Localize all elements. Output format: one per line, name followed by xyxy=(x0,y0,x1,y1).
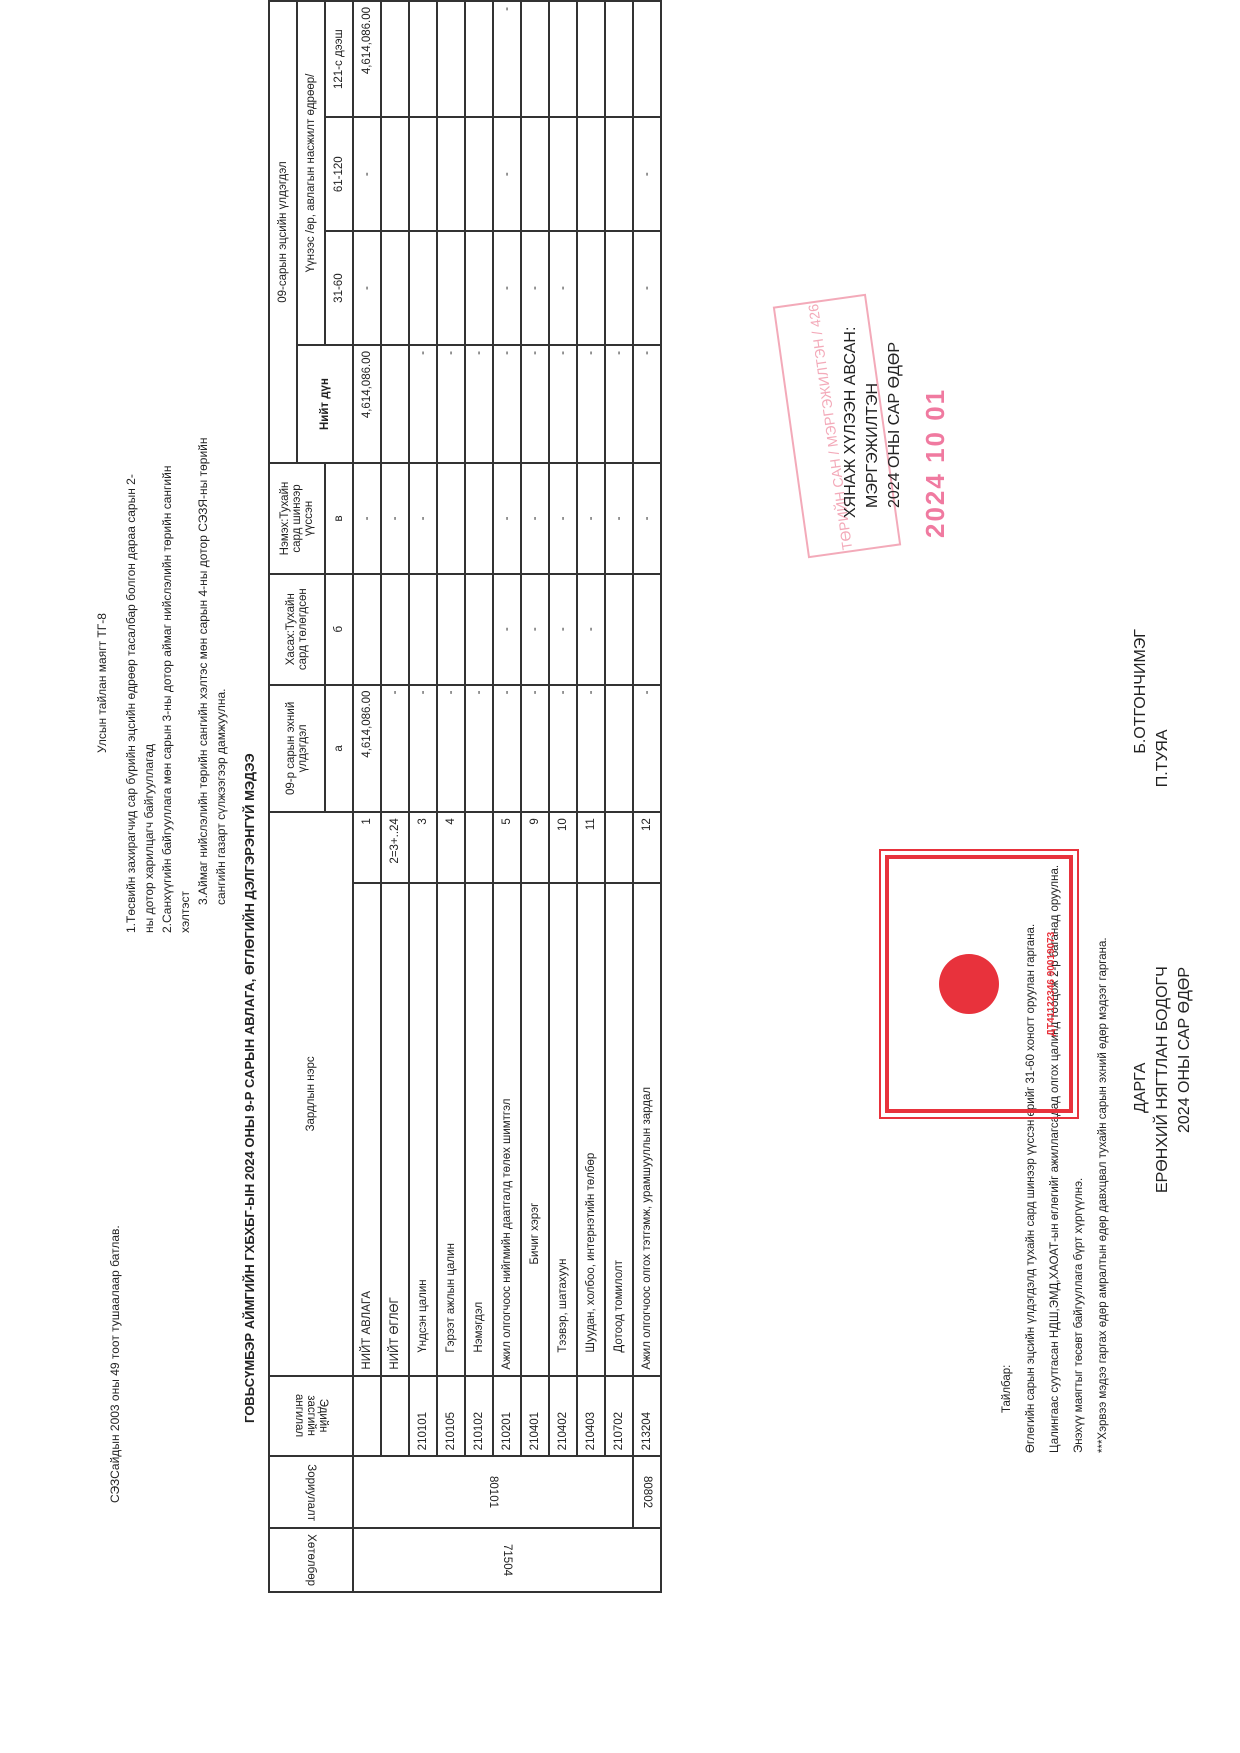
receivables-payables-table: Хөтөлбөр Зориулалт Эдийн засгийн ангилал… xyxy=(268,0,662,1593)
aging-31-60-cell xyxy=(605,231,633,345)
opening-balance-cell xyxy=(605,685,633,813)
opening-balance-cell: - xyxy=(381,685,409,813)
expense-name-cell: Нэмэгдэл xyxy=(465,883,493,1375)
row-index-cell: 12 xyxy=(633,812,661,883)
table-row: 210403Шуудан, холбоо, интернэтийн төлбөр… xyxy=(577,1,605,1592)
closing-total-cell: 4,614,086.00 xyxy=(353,345,381,463)
table-row: 80802213204Ажил олгогчоос олгох тэтгэмж,… xyxy=(633,1,661,1592)
seal-emblem-icon xyxy=(939,954,999,1014)
aging-121-plus-cell xyxy=(521,1,549,117)
date-stamp: 2024 10 01 xyxy=(920,388,951,538)
table-row: 210401Бичиг хэрэг9----- xyxy=(521,1,549,1592)
row-index-cell: 2=3+..24 xyxy=(381,812,409,883)
header-expense-name: Зардлын нэрс xyxy=(269,812,353,1375)
aging-121-plus-cell: - xyxy=(493,1,521,117)
aging-61-120-cell: - xyxy=(493,117,521,231)
aging-31-60-cell xyxy=(465,231,493,345)
letter-v: в xyxy=(325,463,353,574)
aging-31-60-cell xyxy=(437,231,465,345)
aging-61-120-cell xyxy=(465,117,493,231)
header-econ-code: Эдийн засгийн ангилал xyxy=(269,1376,353,1457)
expense-name-cell: Шуудан, холбоо, интернэтийн төлбөр xyxy=(577,883,605,1375)
closing-total-cell: - xyxy=(577,345,605,463)
accountant-title: ЕРӨНХИЙ НЯГТЛАН БОДОГЧ xyxy=(1154,966,1171,1193)
aging-121-plus-cell xyxy=(633,1,661,117)
aging-31-60-cell xyxy=(409,231,437,345)
row-index-cell: 1 xyxy=(353,812,381,883)
aging-121-plus-cell xyxy=(381,1,409,117)
row-index-cell: 5 xyxy=(493,812,521,883)
econ-code-cell: 210201 xyxy=(493,1376,521,1457)
aging-61-120-cell xyxy=(549,117,577,231)
table-row: 210201Ажил олгогчоос нийгмийн даатгалд т… xyxy=(493,1,521,1592)
row-index-cell: 11 xyxy=(577,812,605,883)
row-index-cell: 10 xyxy=(549,812,577,883)
decrease-cell: - xyxy=(549,574,577,685)
header-decrease: Хасах:Тухайн сард төлөгдсөн xyxy=(269,574,325,685)
table-row: 210402Тээвэр, шатахуун10----- xyxy=(549,1,577,1592)
econ-code-cell xyxy=(353,1376,381,1457)
closing-total-cell: - xyxy=(521,345,549,463)
table-row: 210101Үндсэн цалин3--- xyxy=(409,1,437,1592)
expense-name-cell: Дотоод томилолт xyxy=(605,883,633,1375)
decrease-cell xyxy=(465,574,493,685)
expense-name-cell: НИЙТ АВЛАГА xyxy=(353,883,381,1375)
expense-name-cell: Үндсэн цалин xyxy=(409,883,437,1375)
closing-total-cell: - xyxy=(493,345,521,463)
decrease-cell xyxy=(381,574,409,685)
aging-61-120-cell: - xyxy=(353,117,381,231)
closing-total-cell: - xyxy=(465,345,493,463)
decrease-cell: - xyxy=(521,574,549,685)
increase-cell: - xyxy=(381,463,409,574)
header-program: Хөтөлбөр xyxy=(269,1528,353,1592)
opening-balance-cell: - xyxy=(577,685,605,813)
header-61-120: 61-120 xyxy=(325,117,353,231)
aging-61-120-cell xyxy=(381,117,409,231)
aging-31-60-cell: - xyxy=(353,231,381,345)
header-closing: 09-сарын эцсийн үлдэгдэл xyxy=(269,1,297,463)
expense-name-cell: Ажил олгогчоос олгох тэтгэмж, урамшууллы… xyxy=(633,883,661,1375)
increase-cell xyxy=(465,463,493,574)
aging-121-plus-cell xyxy=(605,1,633,117)
header-opening: 09-р сарын эхний үлдэгдэл xyxy=(269,685,325,813)
table-row: 210702Дотоод томилолт-- xyxy=(605,1,633,1592)
aging-121-plus-cell xyxy=(437,1,465,117)
accountant-name: П.ТУЯА xyxy=(1154,729,1171,787)
expense-name-cell: НИЙТ ӨГЛӨГ xyxy=(381,883,409,1375)
aging-61-120-cell xyxy=(521,117,549,231)
official-red-stamp: ДТ41122346 90019073 xyxy=(885,855,1073,1113)
receipt-label: ХЯНАЖ ХҮЛЭЭН АВСАН: xyxy=(840,327,862,518)
receipt-role: МЭРГЭЖИЛТЭН xyxy=(862,327,884,518)
increase-cell: - xyxy=(493,463,521,574)
aging-121-plus-cell: 4,614,086.00 xyxy=(353,1,381,117)
aging-31-60-cell xyxy=(577,231,605,345)
aging-61-120-cell xyxy=(605,117,633,231)
receipt-block: ХЯНАЖ ХҮЛЭЭН АВСАН: МЭРГЭЖИЛТЭН 2024 ОНЫ… xyxy=(840,327,906,518)
increase-cell: - xyxy=(521,463,549,574)
aging-31-60-cell: - xyxy=(521,231,549,345)
econ-code-cell: 210402 xyxy=(549,1376,577,1457)
increase-cell: - xyxy=(409,463,437,574)
aging-31-60-cell: - xyxy=(549,231,577,345)
header-purpose: Зориулалт xyxy=(269,1456,353,1528)
program-code: 71504 xyxy=(353,1528,661,1592)
purpose-code: 80101 xyxy=(353,1456,633,1528)
econ-code-cell: 210102 xyxy=(465,1376,493,1457)
aging-31-60-cell xyxy=(381,231,409,345)
decrease-cell: - xyxy=(493,574,521,685)
closing-total-cell: - xyxy=(409,345,437,463)
header-total: Нийт дүн xyxy=(297,345,353,463)
closing-total-cell: - xyxy=(549,345,577,463)
opening-balance-cell: - xyxy=(493,685,521,813)
opening-balance-cell: 4,614,086.00 xyxy=(353,685,381,813)
row-index-cell: 4 xyxy=(437,812,465,883)
submission-notes: 1.Төсвийн захирагчид сар бүрийн эцсийн ө… xyxy=(122,233,230,933)
econ-code-cell: 210702 xyxy=(605,1376,633,1457)
increase-cell xyxy=(437,463,465,574)
opening-balance-cell: - xyxy=(465,685,493,813)
increase-cell: - xyxy=(577,463,605,574)
aging-31-60-cell: - xyxy=(633,231,661,345)
header-121-plus: 121-с дээш xyxy=(325,1,353,117)
increase-cell: - xyxy=(605,463,633,574)
form-code: Улсын тайлан маягт ТГ-8 xyxy=(95,613,109,753)
letter-a: а xyxy=(325,685,353,813)
director-name: Б.ОТГОНЧИМЭГ xyxy=(1132,629,1149,754)
increase-cell: - xyxy=(353,463,381,574)
expense-name-cell: Бичиг хэрэг xyxy=(521,883,549,1375)
decrease-cell xyxy=(633,574,661,685)
increase-cell: - xyxy=(549,463,577,574)
econ-code-cell: 210101 xyxy=(409,1376,437,1457)
row-index-cell: 3 xyxy=(409,812,437,883)
letter-b: б xyxy=(325,574,353,685)
table-row: 210102Нэмэгдэл-- xyxy=(465,1,493,1592)
receipt-date: 2024 ОНЫ САР ӨДӨР xyxy=(884,327,906,518)
row-index-cell xyxy=(605,812,633,883)
director-title: ДАРГА xyxy=(1132,1063,1149,1113)
header-31-60: 31-60 xyxy=(325,231,353,345)
table-row: НИЙТ ӨГЛӨГ2=3+..24-- xyxy=(381,1,409,1592)
opening-balance-cell: - xyxy=(437,685,465,813)
opening-balance-cell: - xyxy=(549,685,577,813)
row-index-cell: 9 xyxy=(521,812,549,883)
aging-121-plus-cell xyxy=(549,1,577,117)
opening-balance-cell: - xyxy=(521,685,549,813)
closing-total-cell xyxy=(381,345,409,463)
econ-code-cell: 210105 xyxy=(437,1376,465,1457)
decrease-cell xyxy=(409,574,437,685)
aging-121-plus-cell xyxy=(577,1,605,117)
header-increase: Нэмэх:Тухайн сард шинээр үүссэн xyxy=(269,463,325,574)
report-title: ГОВЬСҮМБЭР АЙМГИЙН ГХБХБГ-ЫН 2024 ОНЫ 9-… xyxy=(242,753,257,1423)
header-aging: Үүнээс /өр, авлагын насжилт өдрөөр/ xyxy=(297,1,325,345)
decrease-cell: - xyxy=(577,574,605,685)
closing-total-cell: - xyxy=(437,345,465,463)
opening-balance-cell: - xyxy=(409,685,437,813)
aging-121-plus-cell xyxy=(465,1,493,117)
signature-block: ДАРГА Б.ОТГОНЧИМЭГ ЕРӨНХИЙ НЯГТЛАН БОДОГ… xyxy=(1130,629,1196,1193)
closing-total-cell: - xyxy=(633,345,661,463)
expense-name-cell: Ажил олгогчоос нийгмийн даатгалд төлөх ш… xyxy=(493,883,521,1375)
increase-cell: - xyxy=(633,463,661,574)
table-row: 210105Гэрээт ажлын цалин4-- xyxy=(437,1,465,1592)
decrease-cell xyxy=(605,574,633,685)
row-index-cell xyxy=(465,812,493,883)
aging-121-plus-cell xyxy=(409,1,437,117)
econ-code-cell: 213204 xyxy=(633,1376,661,1457)
opening-balance-cell: - xyxy=(633,685,661,813)
closing-total-cell: - xyxy=(605,345,633,463)
decrease-cell xyxy=(353,574,381,685)
purpose-code: 80802 xyxy=(633,1456,661,1528)
aging-61-120-cell xyxy=(577,117,605,231)
document-page: СЭЗСайдын 2003 оны 49 тоот тушаалаар бат… xyxy=(0,0,1240,1753)
sign-date: 2024 ОНЫ САР ӨДӨР xyxy=(1174,629,1196,1193)
aging-61-120-cell: - xyxy=(633,117,661,231)
expense-name-cell: Тээвэр, шатахуун xyxy=(549,883,577,1375)
econ-code-cell xyxy=(381,1376,409,1457)
decrease-cell xyxy=(437,574,465,685)
aging-31-60-cell: - xyxy=(493,231,521,345)
approval-note: СЭЗСайдын 2003 оны 49 тоот тушаалаар бат… xyxy=(108,1225,122,1503)
econ-code-cell: 210401 xyxy=(521,1376,549,1457)
aging-61-120-cell xyxy=(409,117,437,231)
table-row: 7150480101НИЙТ АВЛАГА14,614,086.00-4,614… xyxy=(353,1,381,1592)
econ-code-cell: 210403 xyxy=(577,1376,605,1457)
expense-name-cell: Гэрээт ажлын цалин xyxy=(437,883,465,1375)
aging-61-120-cell xyxy=(437,117,465,231)
